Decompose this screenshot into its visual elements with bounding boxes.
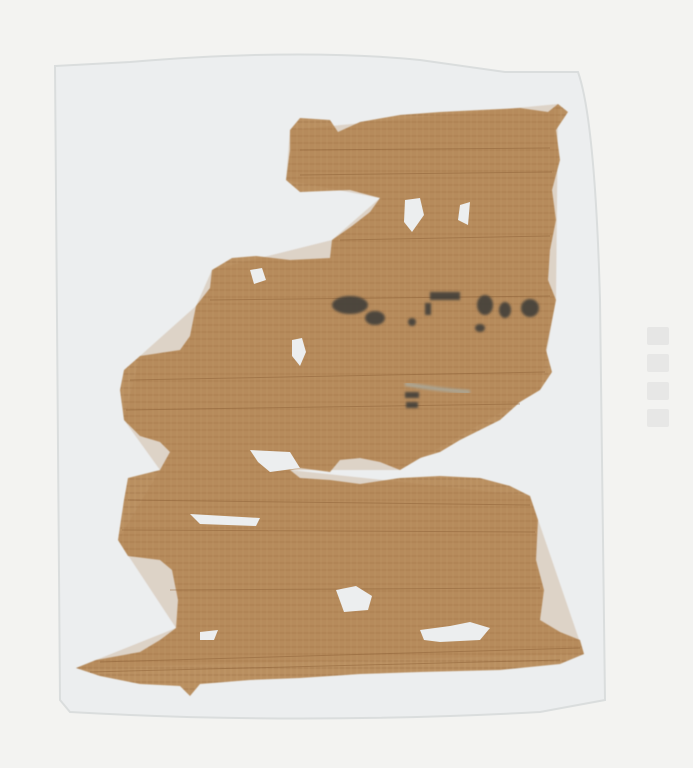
photograph: faint inventory number (illegible) (0, 0, 693, 768)
stamp-mark (647, 354, 669, 372)
stamp-mark: faint inventory number (illegible) (647, 327, 669, 345)
stamp-mark (647, 382, 669, 400)
papyrus-photo (0, 0, 693, 768)
stamp-mark (647, 409, 669, 427)
inventory-stamp: faint inventory number (illegible) (638, 322, 678, 432)
